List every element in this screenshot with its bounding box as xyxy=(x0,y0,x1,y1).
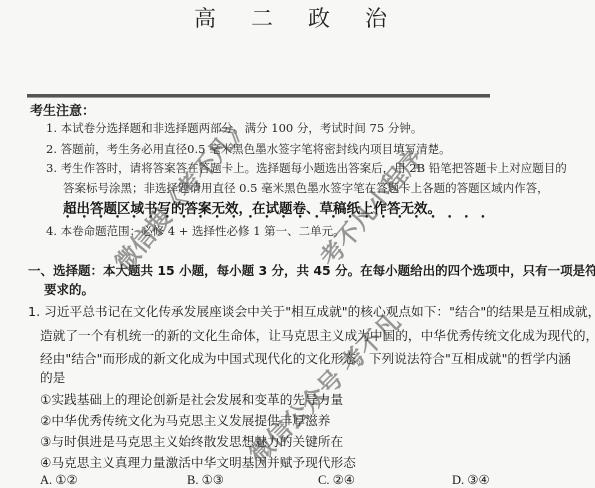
choice-b[interactable]: B. ①③ xyxy=(187,472,224,488)
question-1-statement-3: ③与时俱进是马克思主义始终散发思想魅力的关键所在 xyxy=(40,431,343,450)
question-1-statement-2: ②中华优秀传统文化为马克思主义发展提供丰厚滋养 xyxy=(40,410,331,429)
notice-item-2: 2. 答题前，考生务必用直径0.5 毫米黑色墨水签字笔将密封线内项目填写清楚。 xyxy=(46,141,451,157)
notice-item-3-cont: 答案标号涂黑；非选择题请用直径 0.5 毫米黑色墨水签字笔在答题卡上各题的答题区… xyxy=(63,180,549,196)
question-1-stem-line-1: 1. 习近平总书记在文化传承发展座谈会中关于"相互成就"的核心观点如下："结合"… xyxy=(28,301,595,320)
question-1-statement-4: ④马克思主义真理力量激活中华文明基因并赋予现代形态 xyxy=(40,452,356,471)
question-1-stem-line-4: 的是 xyxy=(40,367,65,386)
exam-page: 高 二 政 治 考生注意： 1. 本试卷分选择题和非选择题两部分。满分 100 … xyxy=(0,0,595,488)
header-divider xyxy=(27,94,490,98)
question-1-stem-line-3: 经由"结合"而形成的新文化成为中国式现代化的文化形态。下列说法符合"互相成就"的… xyxy=(40,348,571,367)
section-heading: 一、选择题：本大题共 15 小题，每小题 3 分，共 45 分。在每小题给出的四… xyxy=(28,261,595,279)
choice-d[interactable]: D. ③④ xyxy=(452,472,490,488)
choice-a[interactable]: A. ①② xyxy=(40,472,78,488)
section-heading-cont: 要求的。 xyxy=(44,280,94,298)
notice-item-1: 1. 本试卷分选择题和非选择题两部分。满分 100 分，考试时间 75 分钟。 xyxy=(46,120,422,136)
question-1-stem-line-2: 造就了一个有机统一的新的文化生命体，让马克思主义成为中国的，中华优秀传统文化成为… xyxy=(40,325,595,344)
choice-c[interactable]: C. ②④ xyxy=(318,472,355,488)
page-title: 高 二 政 治 xyxy=(0,2,595,33)
notice-item-4: 4. 本卷命题范围：必修 4 + 选择性必修 1 第一、二单元。 xyxy=(46,223,345,239)
notice-heading: 考生注意： xyxy=(30,100,95,119)
emphasis-dots: •••••••••••••••••••••••••• xyxy=(65,213,497,223)
question-1-statement-1: ①实践基础上的理论创新是社会发展和变革的先导力量 xyxy=(40,389,343,408)
notice-item-3: 3. 考生作答时，请将答案答在答题卡上。选择题每小题选出答案后，用 2B 铅笔把… xyxy=(46,160,567,176)
